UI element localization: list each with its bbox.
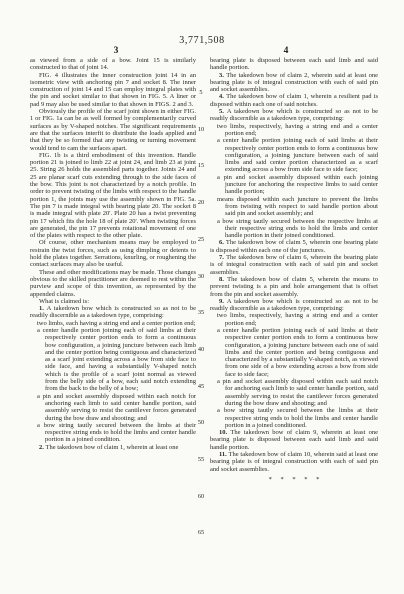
paragraph: a bow string tautly secured between the … xyxy=(30,422,196,444)
column-3-header: 3 xyxy=(104,46,128,56)
paragraph: These and other modifications may be mad… xyxy=(30,269,196,298)
column-4-text: bearing plate is disposed between each s… xyxy=(210,57,378,483)
claim-paragraph: 7. The takedown bow of claim 6, wherein … xyxy=(210,254,378,276)
paragraph: FIG. 1b is a third embodiment of this in… xyxy=(30,152,196,240)
patent-number: 3,771,508 xyxy=(0,35,404,46)
column-4-header: 4 xyxy=(274,46,298,56)
line-number: 35 xyxy=(194,309,208,316)
line-number: 15 xyxy=(194,162,208,169)
line-number: 65 xyxy=(194,529,208,536)
paragraph: a bow string tautly secured between the … xyxy=(210,218,378,240)
paragraph: Of course, other mechanism means may be … xyxy=(30,239,196,268)
paragraph: as viewed from a side of a bow. Joint 15… xyxy=(30,57,196,72)
claim-paragraph: 1. A takedown bow which is constructed s… xyxy=(30,305,196,320)
line-number: 55 xyxy=(194,456,208,463)
patent-page: 3,771,508 3 4 as viewed from a side of a… xyxy=(0,0,404,594)
line-number: 50 xyxy=(194,419,208,426)
paragraph: a pin and socket assembly disposed withi… xyxy=(30,393,196,422)
paragraph: a center handle portion joining each of … xyxy=(210,327,378,378)
claim-paragraph: 8. The takedown bow of claim 5, wherein … xyxy=(210,276,378,298)
claim-paragraph: 10. The takedown bow of claim 9, wherein… xyxy=(210,429,378,451)
claim-number: 3. xyxy=(219,72,226,79)
column-3-text: as viewed from a side of a bow. Joint 15… xyxy=(30,57,196,451)
paragraph: means disposed within each juncture to p… xyxy=(210,196,378,218)
paragraph: a pin and socket assembly disposed withi… xyxy=(210,174,378,196)
claim-number: 11. xyxy=(219,451,229,458)
claim-number: 10. xyxy=(219,429,230,436)
paragraph: Obviously the profile of the scarf joint… xyxy=(30,108,196,152)
paragraph: a pin and socket assembly disposed withi… xyxy=(210,378,378,407)
line-number: 45 xyxy=(194,383,208,390)
line-number: 40 xyxy=(194,346,208,353)
paragraph: two limbs, respectively, having a string… xyxy=(210,312,378,327)
paragraph: a bow string tautly secured between the … xyxy=(210,407,378,429)
claim-number: 5. xyxy=(219,108,227,115)
line-number: 60 xyxy=(194,493,208,500)
line-number: 10 xyxy=(194,126,208,133)
claim-number: 7. xyxy=(219,254,226,261)
paragraph: FIG. 4 illustrates the inner constructio… xyxy=(30,72,196,108)
claim-number: 4. xyxy=(219,93,226,100)
claim-number: 9. xyxy=(219,298,227,305)
claim-paragraph: 11. The takedown bow of claim 10, wherei… xyxy=(210,451,378,473)
claim-paragraph: 5. A takedown bow which is constructed s… xyxy=(210,108,378,123)
paragraph: bearing plate is disposed between each s… xyxy=(210,57,378,72)
paragraph: a center handle portion joining each of … xyxy=(210,137,378,173)
line-number: 30 xyxy=(194,273,208,280)
claim-paragraph: 3. The takedown bow of claim 2, wherein … xyxy=(210,72,378,94)
claim-number: 8. xyxy=(219,276,227,283)
paragraph: a center handle portion joining each of … xyxy=(30,327,196,393)
end-of-claims-asterisks: * * * * * xyxy=(210,473,378,483)
claim-number: 1. xyxy=(39,305,47,312)
claim-paragraph: 9. A takedown bow which is constructed s… xyxy=(210,298,378,313)
claim-number: 6. xyxy=(219,239,226,246)
paragraph: two limbs, each having a string end and … xyxy=(30,320,196,327)
line-number: 5 xyxy=(194,89,208,96)
paragraph: two limbs, respectively, having a string… xyxy=(210,123,378,138)
claim-paragraph: 6. The takedown bow of claim 5, wherein … xyxy=(210,239,378,254)
line-number: 20 xyxy=(194,199,208,206)
claim-number: 2. xyxy=(39,444,46,451)
line-number: 25 xyxy=(194,236,208,243)
claim-paragraph: 4. The takedown bow of claim 1, wherein … xyxy=(210,93,378,108)
paragraph: What is claimed is: xyxy=(30,298,196,305)
claim-paragraph: 2. The takedown bow of claim 1, wherein … xyxy=(30,444,196,451)
